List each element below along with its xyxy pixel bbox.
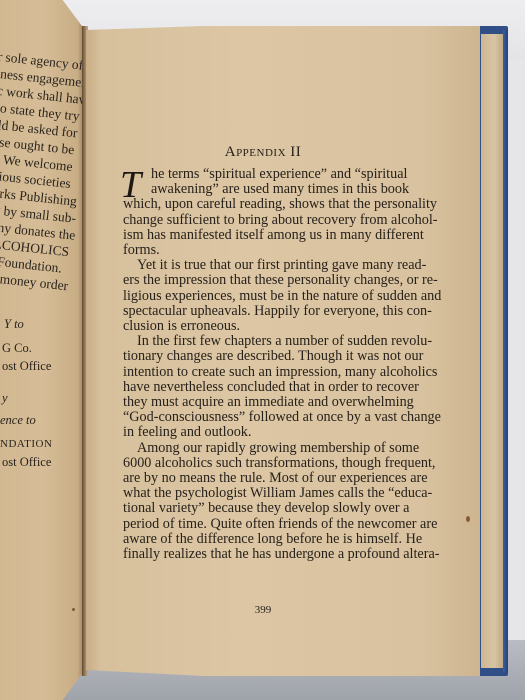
- paragraph: Yet it is true that our first printing g…: [123, 258, 403, 334]
- page-number: 399: [123, 604, 403, 616]
- text-line: which, upon careful reading, shows that …: [123, 197, 403, 212]
- right-page: Appendix II T he terms “spiritual experi…: [86, 26, 480, 676]
- left-address-line: ost Office: [2, 358, 51, 375]
- text-line: awakening” are used many times in this b…: [123, 182, 403, 197]
- text-line: are by no means the rule. Most of our ex…: [123, 471, 403, 486]
- text-line: tionary changes are described. Though it…: [123, 349, 403, 364]
- text-line: he terms “spiritual experience” and “spi…: [123, 167, 403, 182]
- text-line: In the first few chapters a number of su…: [123, 334, 403, 349]
- left-address-line: ost Office: [2, 454, 51, 471]
- text-line: tional variety” because they develop slo…: [123, 501, 403, 516]
- page-body: T he terms “spiritual experience” and “s…: [123, 167, 403, 562]
- text-line: in feeling and outlook.: [123, 425, 403, 440]
- paragraph: In the first few chapters a number of su…: [123, 334, 403, 440]
- text-line: finally realizes that he has undergone a…: [123, 547, 403, 562]
- text-line: clusion is erroneous.: [123, 319, 403, 334]
- text-line: ers the impression that these personalit…: [123, 273, 403, 288]
- left-page-text: ur sole agency of business engagement ho…: [0, 46, 86, 295]
- left-address-line: ence to: [0, 412, 36, 429]
- left-address-line: Y to: [4, 316, 24, 333]
- text-line: ism has manifested itself among us in ma…: [123, 228, 403, 243]
- text-line: aware of the difference long before he i…: [123, 532, 403, 547]
- text-line: “God-consciousness” followed at once by …: [123, 410, 403, 425]
- text-line: period of time. Quite often friends of t…: [123, 517, 403, 532]
- text-line: Yet it is true that our first printing g…: [123, 258, 403, 273]
- left-page: ur sole agency of business engagement ho…: [0, 0, 86, 700]
- text-line: ligious experiences, must be in the natu…: [123, 289, 403, 304]
- text-line: change sufficient to bring about recover…: [123, 213, 403, 228]
- left-address-line: G Co.: [2, 340, 32, 357]
- left-address-line: y: [2, 390, 8, 407]
- paper-spot: [72, 608, 75, 611]
- book-photo: ur sole agency of business engagement ho…: [0, 0, 525, 700]
- text-line: intention to create such an impression, …: [123, 365, 403, 380]
- paragraph: T he terms “spiritual experience” and “s…: [123, 167, 403, 258]
- page-block-edge: [481, 34, 503, 668]
- text-line: what the psychologist William James call…: [123, 486, 403, 501]
- text-line: Among our rapidly growing membership of …: [123, 441, 403, 456]
- text-line: forms.: [123, 243, 403, 258]
- text-line: have nevertheless concluded that in orde…: [123, 380, 403, 395]
- left-address-line: NDATION: [0, 436, 52, 453]
- text-line: they must acquire an immediate and overw…: [123, 395, 403, 410]
- drop-cap: T: [120, 168, 141, 202]
- text-line: 6000 alcoholics such transformations, th…: [123, 456, 403, 471]
- paper-spot: [466, 516, 470, 522]
- paragraph: Among our rapidly growing membership of …: [123, 441, 403, 563]
- cover-spine-edge: [503, 30, 508, 672]
- appendix-heading: Appendix II: [123, 144, 403, 161]
- text-line: spectacular upheavals. Happily for every…: [123, 304, 403, 319]
